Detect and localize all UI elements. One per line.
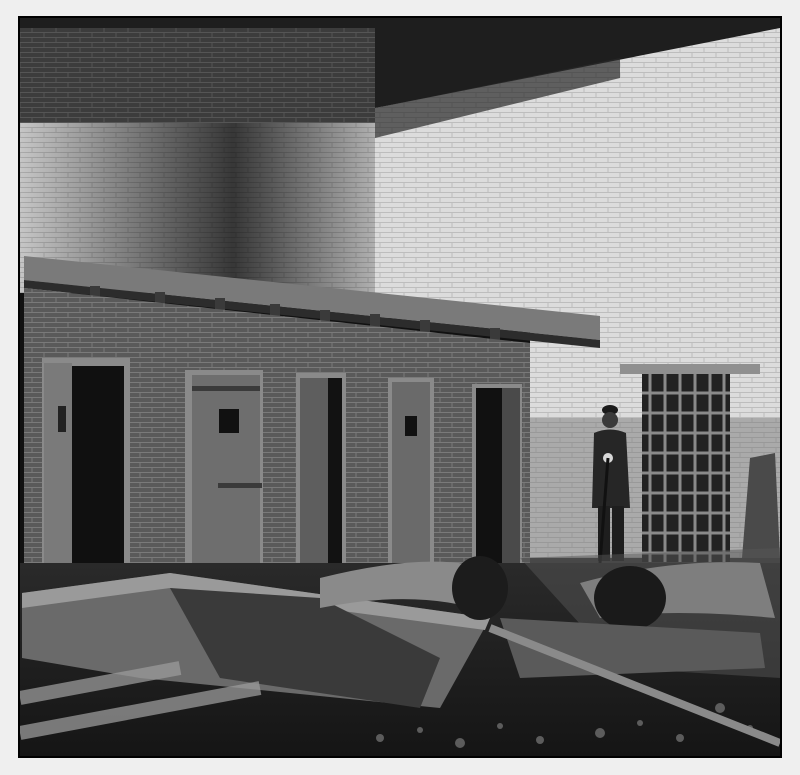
photograph	[18, 16, 782, 758]
prison-courtyard-scene	[20, 18, 780, 756]
